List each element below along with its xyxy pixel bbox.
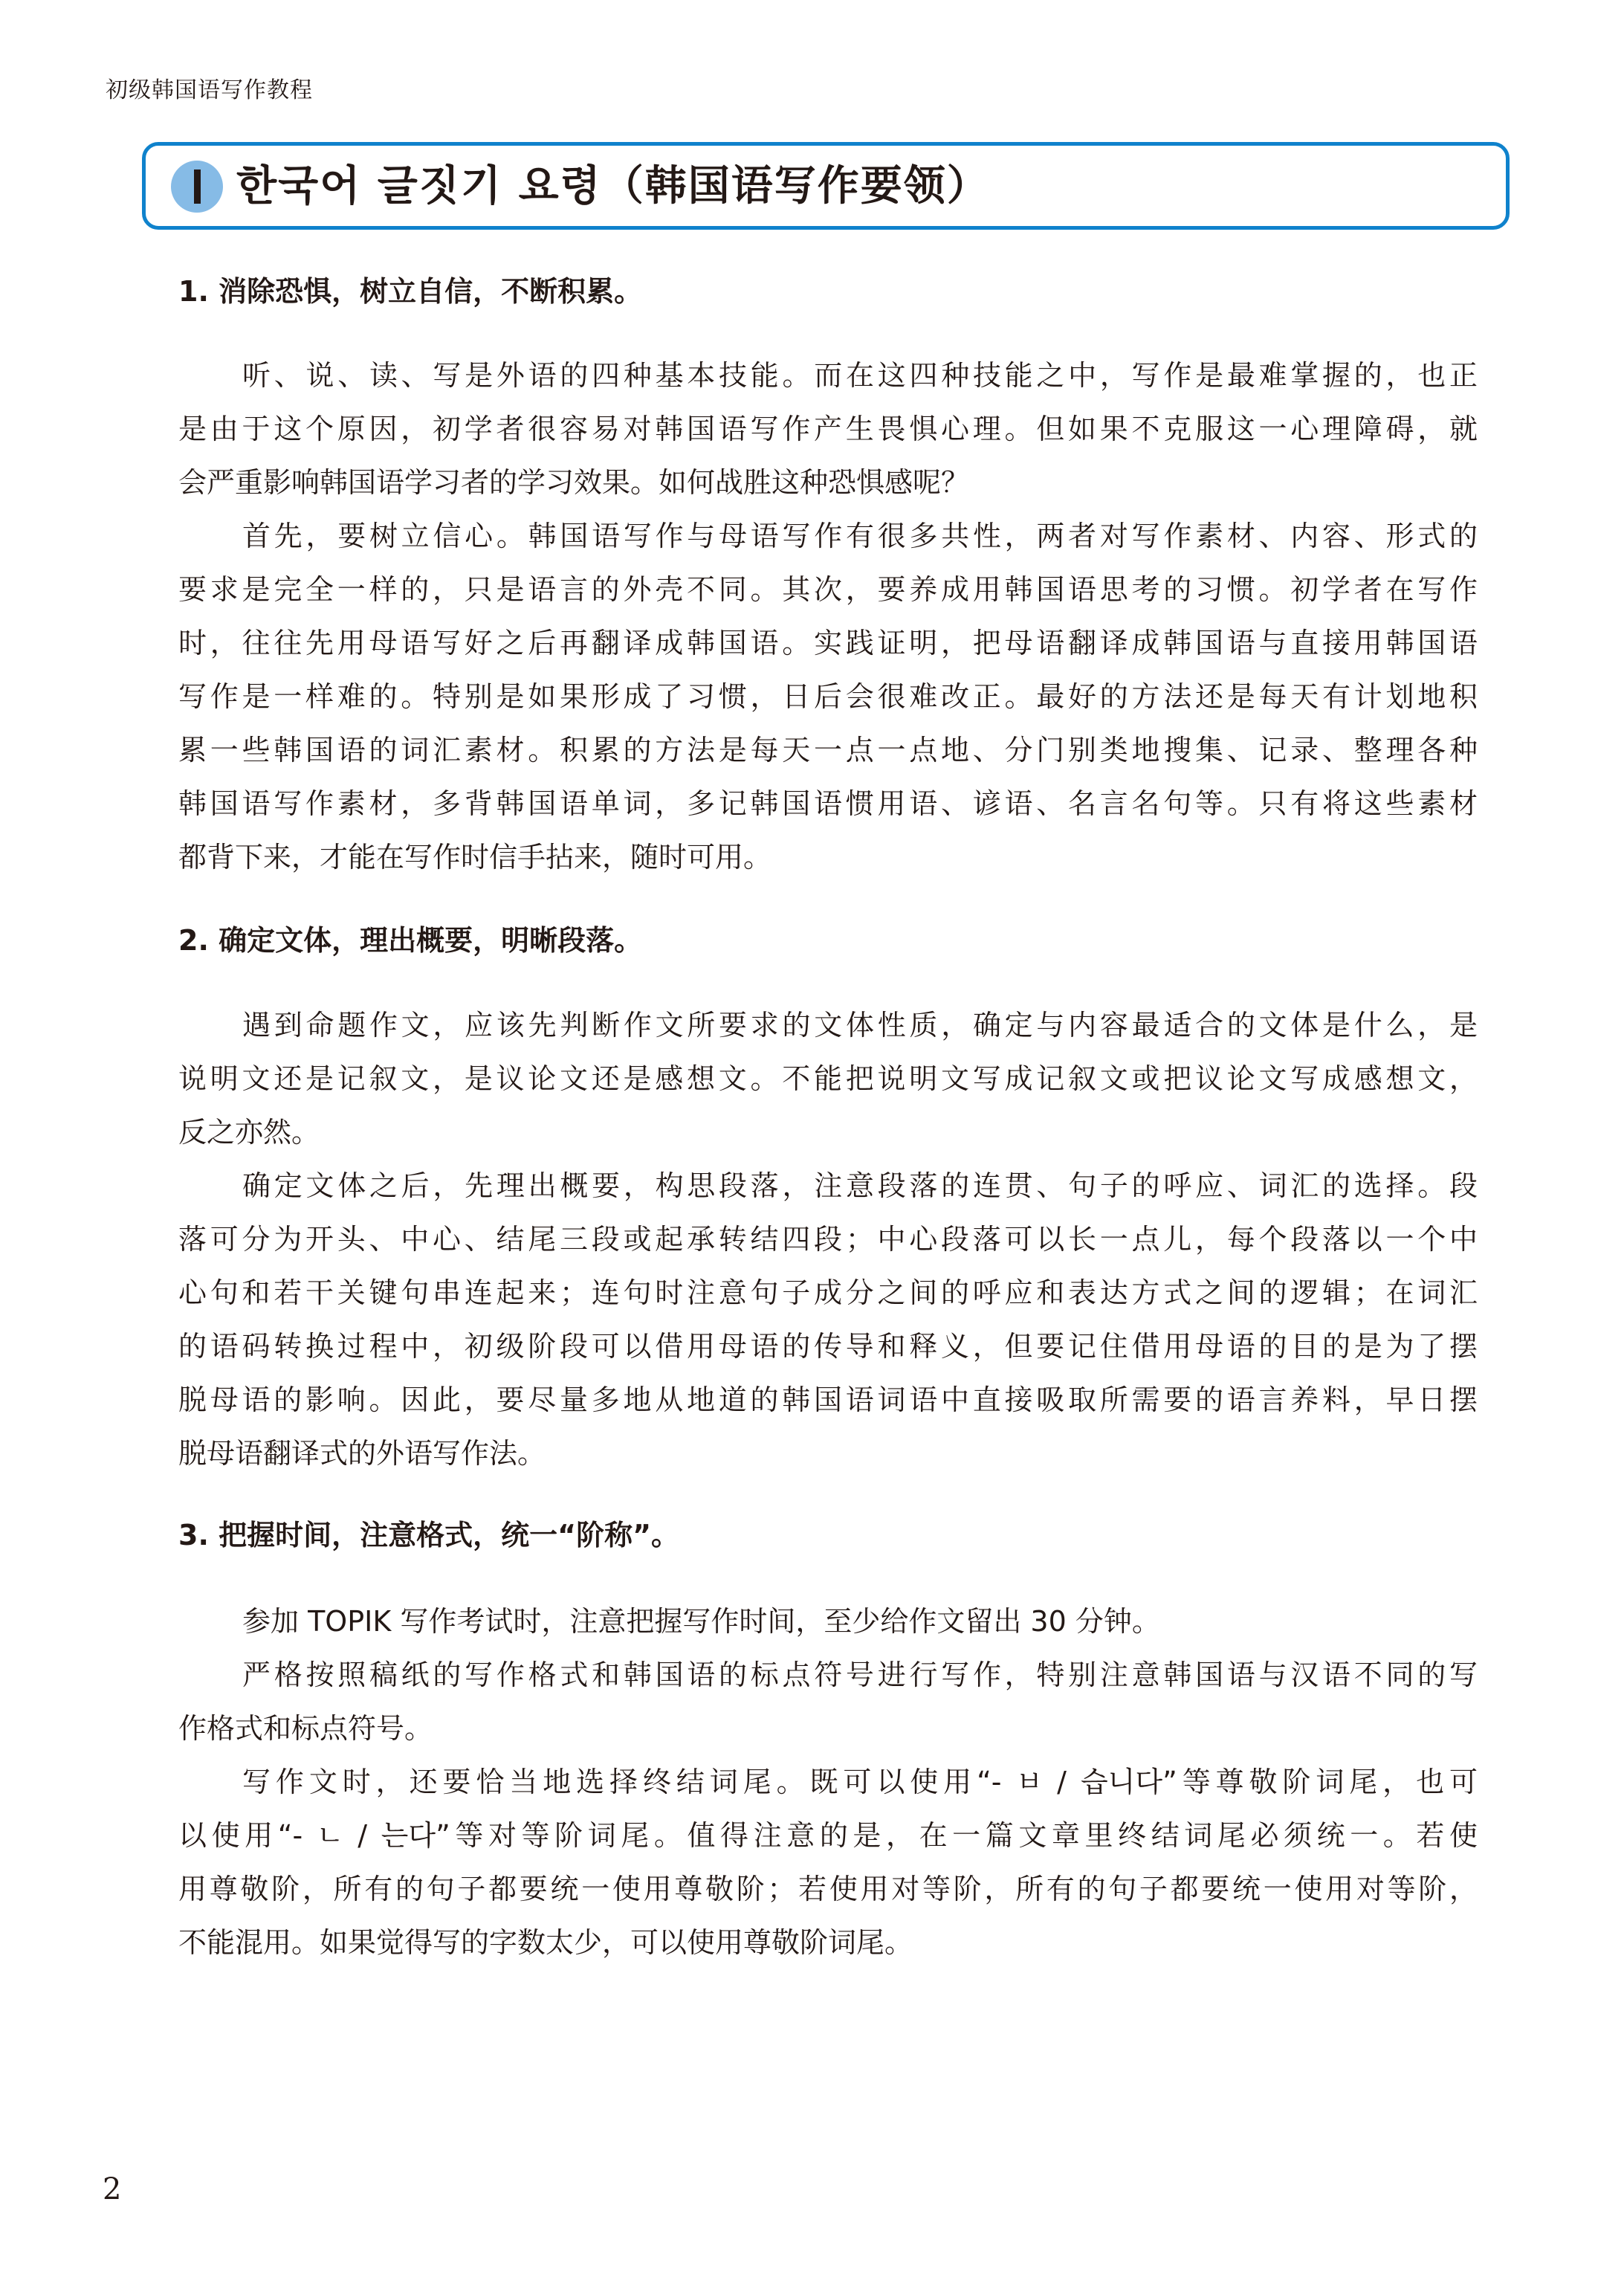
paragraph-line: 是由于这个原因，初学者很容易对韩国语写作产生畏惧心理。但如果不克服这一心理障碍，…: [178, 410, 1478, 448]
paragraph-line: 用尊敬阶，所有的句子都要统一使用尊敬阶；若使用对等阶，所有的句子都要统一使用对等…: [178, 1870, 1478, 1908]
paragraph-line: 说明文还是记叙文，是议论文还是感想文。不能把说明文写成记叙文或把议论文写成感想文…: [178, 1060, 1478, 1097]
paragraph-line: 作格式和标点符号。: [178, 1710, 1478, 1747]
roman-numeral-one-icon: [194, 169, 201, 204]
paragraph-line: 参加 TOPIK 写作考试时，注意把握写作时间，至少给作文留出 30 分钟。: [242, 1603, 1478, 1640]
paragraph-line: 写作是一样难的。特别是如果形成了习惯，日后会很难改正。最好的方法还是每天有计划地…: [178, 678, 1478, 715]
paragraph-line: 心句和若干关键句串连起来；连句时注意句子成分之间的呼应和表达方式之间的逻辑；在词…: [178, 1274, 1478, 1311]
page-number: 2: [103, 2172, 121, 2206]
paragraph-line: 要求是完全一样的，只是语言的外壳不同。其次，要养成用韩国语思考的习惯。初学者在写…: [178, 571, 1478, 608]
paragraph-line: 听、说、读、写是外语的四种基本技能。而在这四种技能之中，写作是最难掌握的，也正: [242, 357, 1478, 394]
paragraph-line: 韩国语写作素材，多背韩国语单词，多记韩国语惯用语、谚语、名言名句等。只有将这些素…: [178, 785, 1478, 822]
paragraph-line: 写作文时，还要恰当地选择终结词尾。既可以使用“- ㅂ / 습니다”等尊敬阶词尾，…: [242, 1763, 1478, 1801]
paragraph-line: 严格按照稿纸的写作格式和韩国语的标点符号进行写作，特别注意韩国语与汉语不同的写: [242, 1656, 1478, 1693]
paragraph-line: 累一些韩国语的词汇素材。积累的方法是每天一点一点地、分门别类地搜集、记录、整理各…: [178, 732, 1478, 769]
section-heading-2: 2. 确定文体，理出概要，明晰段落。: [178, 922, 642, 959]
paragraph-line: 的语码转换过程中，初级阶段可以借用母语的传导和释义，但要记住借用母语的目的是为了…: [178, 1328, 1478, 1365]
section-heading-3: 3. 把握时间，注意格式，统一“阶称”。: [178, 1517, 679, 1554]
paragraph-line: 遇到命题作文，应该先判断作文所要求的文体性质，确定与内容最适合的文体是什么，是: [242, 1007, 1478, 1044]
section-heading-1: 1. 消除恐惧，树立自信，不断积累。: [178, 273, 642, 310]
paragraph-line: 会严重影响韩国语学习者的学习效果。如何战胜这种恐惧感呢？: [178, 464, 1478, 501]
paragraph-line: 首先，要树立信心。韩国语写作与母语写作有很多共性，两者对写作素材、内容、形式的: [242, 517, 1478, 555]
paragraph-line: 以使用“- ㄴ / 는다”等对等阶词尾。值得注意的是，在一篇文章里终结词尾必须统…: [178, 1817, 1478, 1854]
chapter-badge: [171, 161, 223, 213]
paragraph-line: 确定文体之后，先理出概要，构思段落，注意段落的连贯、句子的呼应、词汇的选择。段: [242, 1167, 1478, 1204]
paragraph-line: 脱母语的影响。因此，要尽量多地从地道的韩国语词语中直接吸取所需要的语言养料，早日…: [178, 1381, 1478, 1418]
chapter-title: 한국어 글짓기 요령（韩国语写作要领）: [236, 162, 990, 211]
paragraph-line: 脱母语翻译式的外语写作法。: [178, 1435, 1478, 1472]
paragraph-line: 都背下来，才能在写作时信手拈来，随时可用。: [178, 839, 1478, 876]
running-header: 初级韩国语写作教程: [106, 71, 313, 104]
paragraph-line: 反之亦然。: [178, 1114, 1478, 1151]
paragraph-line: 时，往往先用母语写好之后再翻译成韩国语。实践证明，把母语翻译成韩国语与直接用韩国…: [178, 624, 1478, 662]
paragraph-line: 落可分为开头、中心、结尾三段或起承转结四段；中心段落可以长一点儿，每个段落以一个…: [178, 1221, 1478, 1258]
paragraph-line: 不能混用。如果觉得写的字数太少，可以使用尊敬阶词尾。: [178, 1924, 1478, 1961]
